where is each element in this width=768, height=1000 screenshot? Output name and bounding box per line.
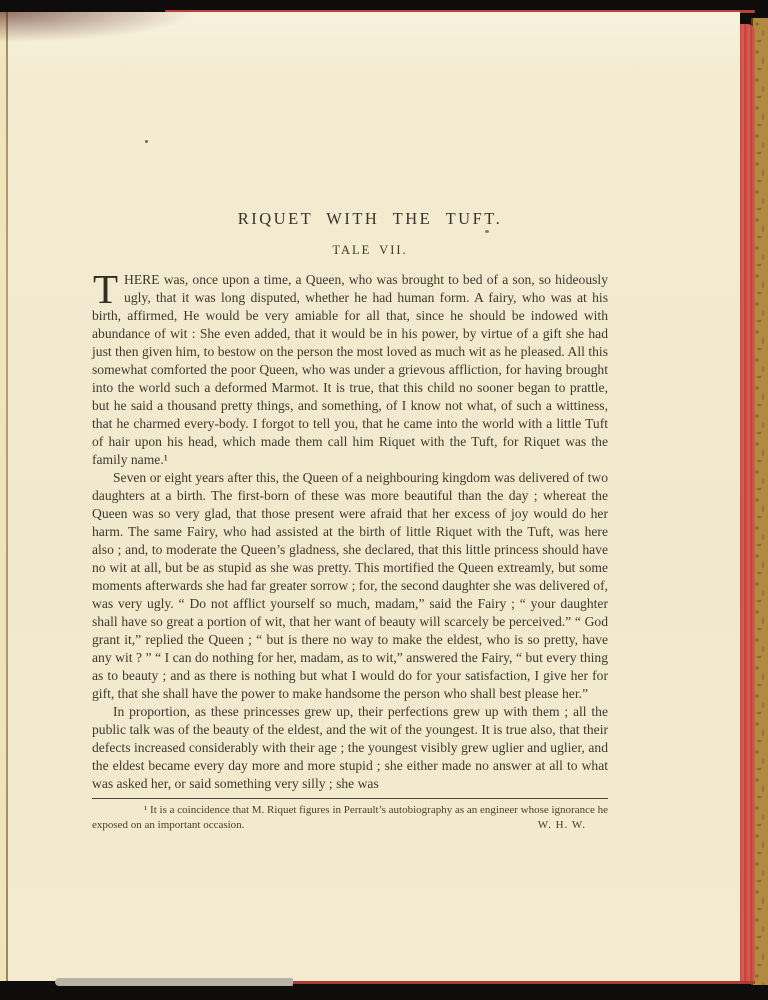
page-stack-edge <box>55 978 293 986</box>
paragraph-3: In proportion, as these princesses grew … <box>92 703 608 793</box>
paragraph-1-text: HERE was, once upon a time, a Queen, who… <box>92 272 608 467</box>
page-title: RIQUET WITH THE TUFT. <box>0 12 740 228</box>
paragraph-2: Seven or eight years after this, the Que… <box>92 469 608 703</box>
text-block: THERE was, once upon a time, a Queen, wh… <box>92 271 608 833</box>
tale-number: TALE VII. <box>0 242 740 258</box>
book-photo-scan: RIQUET WITH THE TUFT. TALE VII. THERE wa… <box>0 0 768 1000</box>
footnote: ¹ It is a coincidence that M. Riquet fig… <box>92 798 608 833</box>
gutter-crease <box>6 12 8 981</box>
scan-speck <box>485 230 489 233</box>
dropcap-letter: T <box>92 271 124 306</box>
footnote-text: ¹ It is a coincidence that M. Riquet fig… <box>92 804 608 831</box>
scan-speck <box>145 140 148 143</box>
paragraph-1: THERE was, once upon a time, a Queen, wh… <box>92 271 608 469</box>
book-page: RIQUET WITH THE TUFT. TALE VII. THERE wa… <box>0 12 740 981</box>
footnote-initials: W. H. W. <box>538 818 586 833</box>
top-left-shadow <box>0 12 190 42</box>
